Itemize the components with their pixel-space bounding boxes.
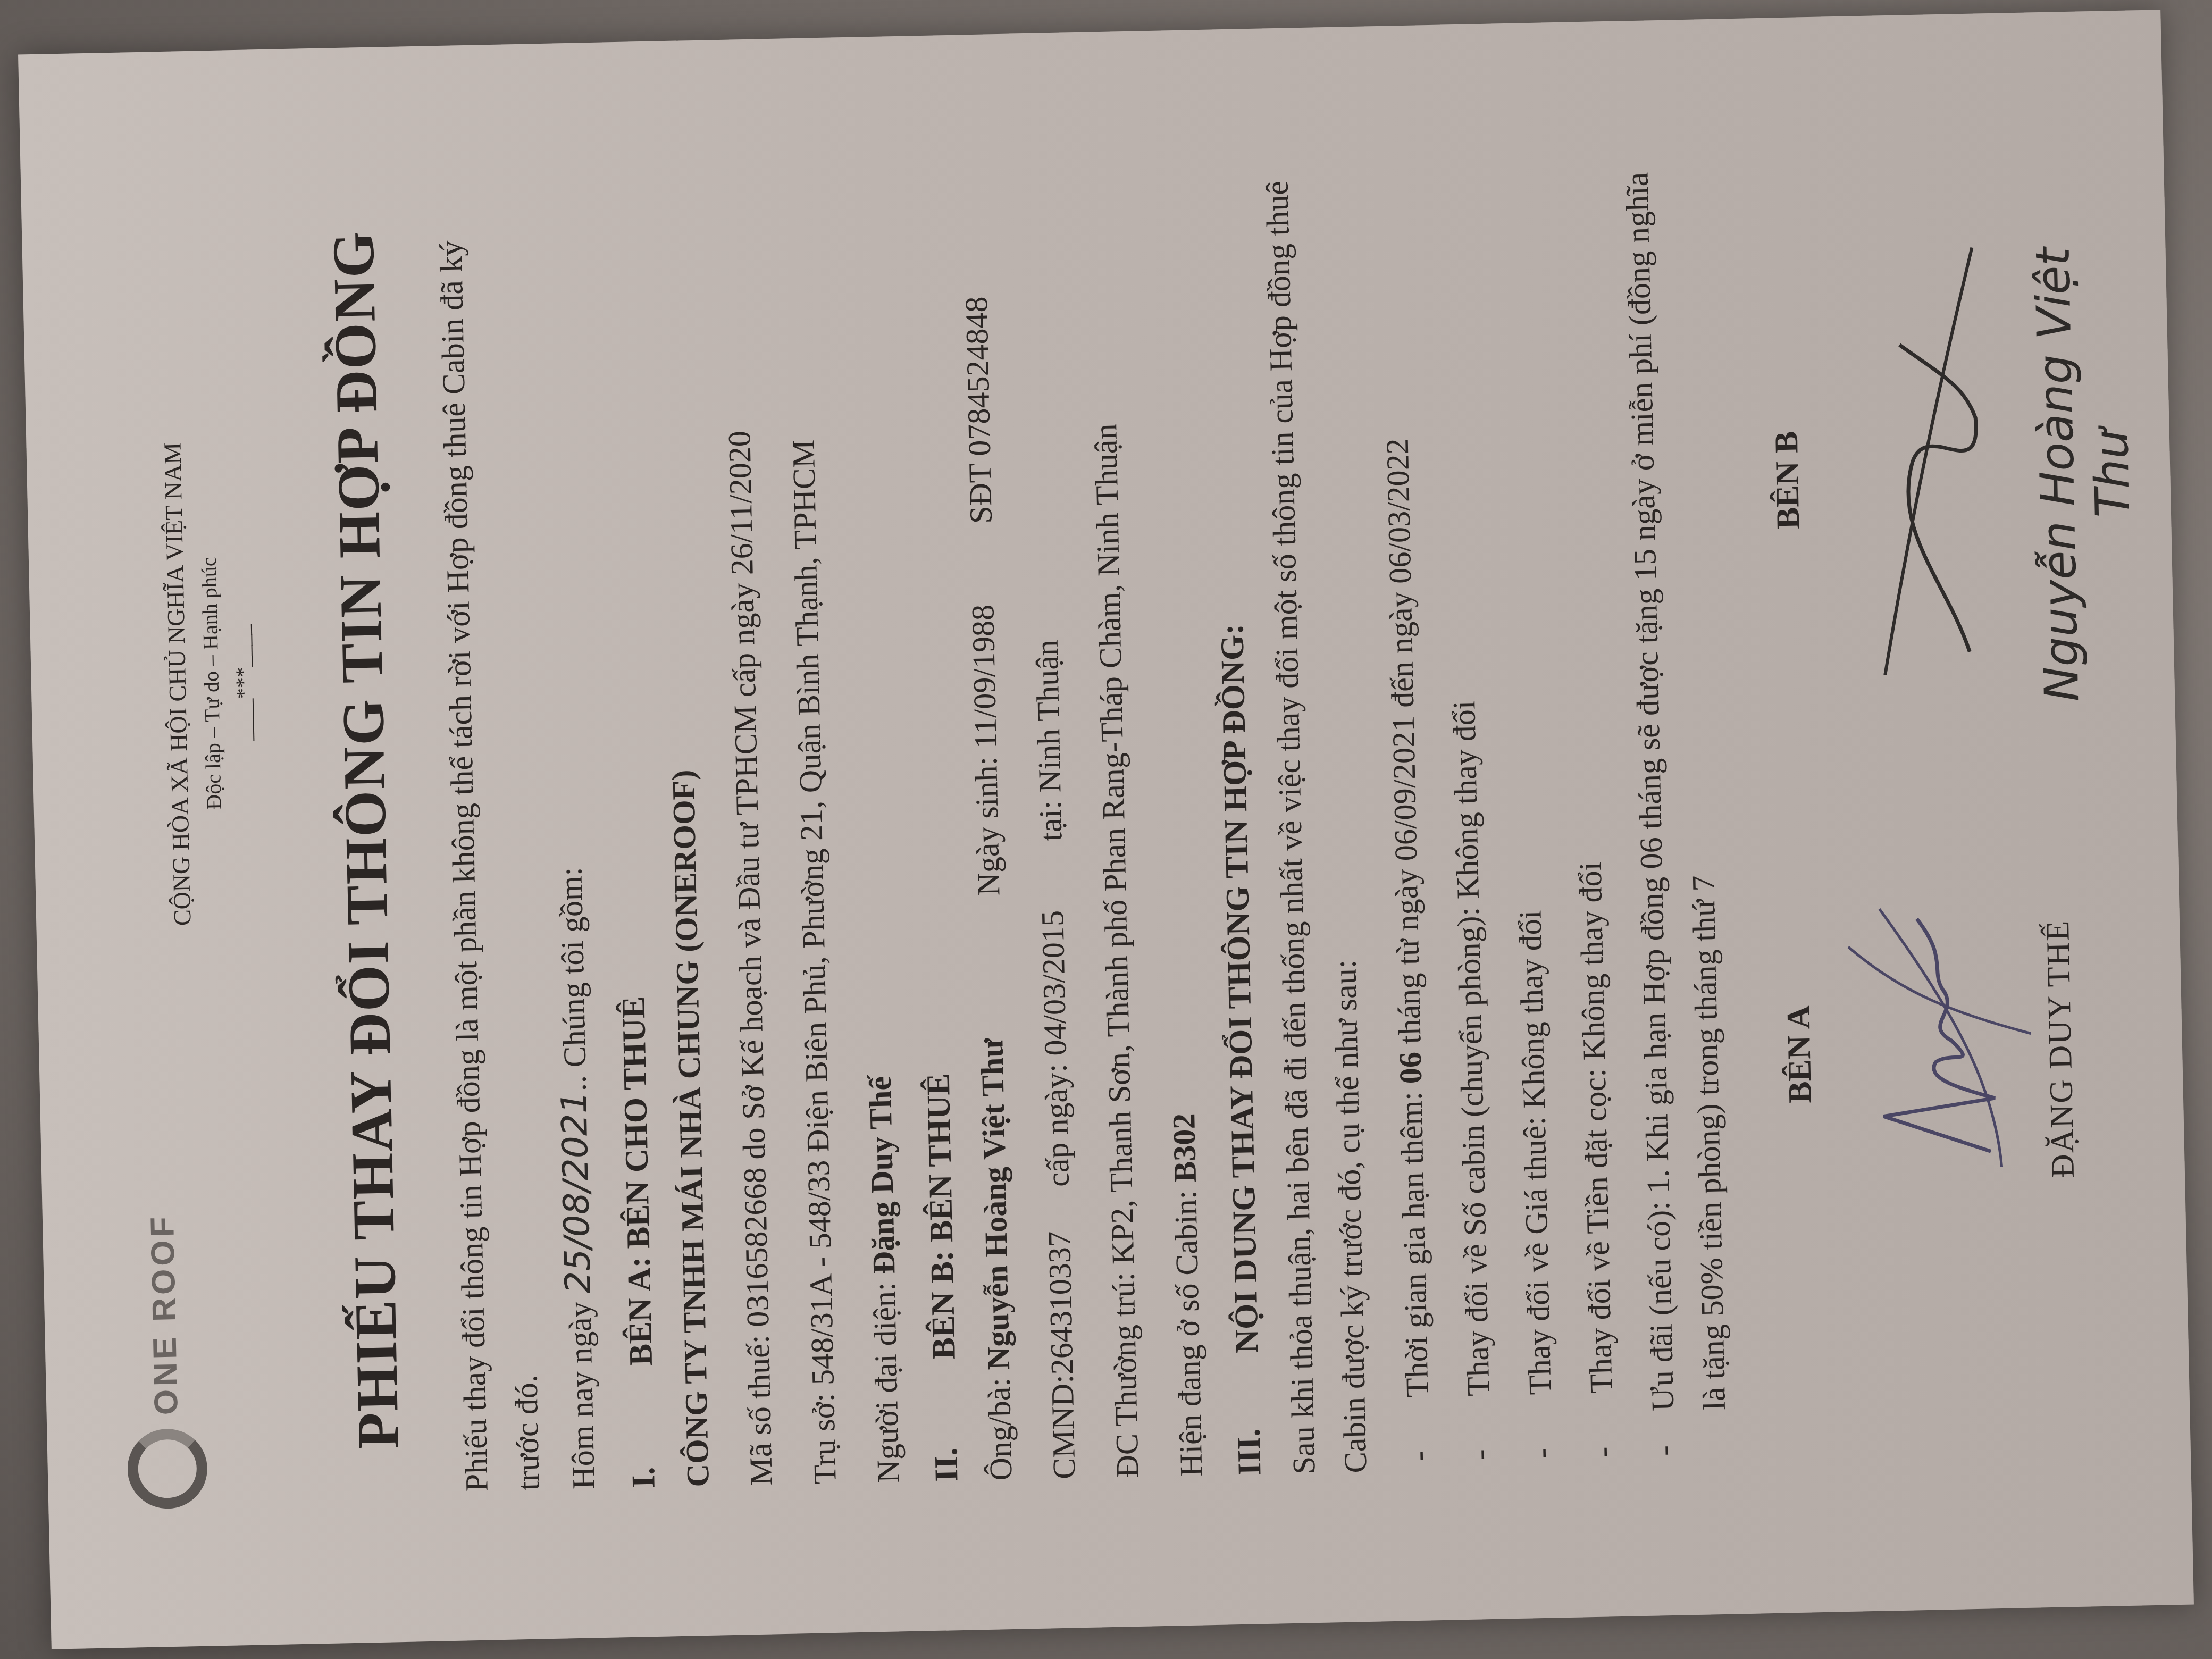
signature-party-a: BÊN A ĐẶNG DUY THẾ: [1776, 808, 2157, 1294]
section-number: III.: [1230, 1432, 1269, 1476]
document-title: PHIẾU THAY ĐỔI THÔNG TIN HỢP ĐỒNG: [318, 185, 414, 1494]
changes-intro: Sau khi thỏa thuận, hai bên đã đi đến th…: [1251, 165, 1382, 1475]
date-label: Hôm nay ngày: [563, 1301, 601, 1490]
cabin-number: B302: [1166, 1113, 1203, 1183]
change-item: -Ưu đãi (nếu có): 1. Khi gia hạn Hợp đồn…: [1611, 157, 1742, 1468]
party-b-name: Nguyễn Hoàng Việt Thư: [974, 1038, 1016, 1370]
party-b-dob: Ngày sinh: 11/09/1988: [956, 523, 1015, 896]
party-b-signature-icon: [1802, 236, 2035, 719]
rep-name: Đặng Duy Thế: [862, 1076, 901, 1275]
party-b-cabin: Hiện đang ở số Cabin: B302: [1138, 168, 1218, 1477]
signature-block: BÊN A ĐẶNG DUY THẾ BÊN B Nguyễn Hoàng Vi…: [1762, 148, 2160, 1464]
bullet-dash: -: [1392, 1397, 1445, 1472]
section-title: NỘI DUNG THAY ĐỔI THÔNG TIN HỢP ĐỒNG:: [1213, 624, 1267, 1354]
bullet-dash: -: [1453, 1396, 1506, 1471]
party-b-phone: SĐT 0784524848: [951, 296, 1007, 524]
contract-change-form-page: ONE ROOF CỘNG HÒA XÃ HỘI CHỦ NGHĨA VIỆT …: [18, 10, 2194, 1649]
signature-party-b: BÊN B Nguyễn Hoàng Việt Thư: [1764, 233, 2144, 719]
bullet-dash: -: [1576, 1393, 1629, 1469]
intro-suffix: .. Chúng tôi gồm:: [554, 867, 593, 1092]
change-item-text: Thời gian gia hạn thêm: 06 tháng từ ngày…: [1372, 438, 1444, 1398]
name-label: Ông/bà:: [982, 1377, 1019, 1481]
section-title: BÊN B: BÊN THUÊ: [920, 1073, 963, 1360]
bullet-dash: -: [1637, 1410, 1742, 1467]
change-item-text: Thay đổi về Số cabin (chuyển phòng): Khô…: [1438, 700, 1505, 1397]
oneroof-logo: ONE ROOF: [122, 1213, 208, 1510]
national-header: CỘNG HÒA XÃ HỘI CHỦ NGHĨA VIỆT NAM Độc l…: [148, 188, 270, 1179]
handwritten-date: 25/08/2021: [554, 1091, 599, 1294]
party-b-id-place: tại: Ninh Thuận: [1021, 639, 1077, 842]
party-b-id-date: cấp ngày: 04/03/2015: [1026, 841, 1085, 1187]
cabin-label: Hiện đang ở số Cabin:: [1168, 1190, 1209, 1477]
section-number: II.: [927, 1439, 966, 1482]
bullet-dash: -: [1514, 1394, 1568, 1470]
rep-label: Người đại diện:: [867, 1282, 906, 1484]
section-number: I.: [624, 1445, 663, 1488]
party-b-handwritten-name: Nguyễn Hoàng Việt Thư: [2025, 233, 2144, 714]
logo-ring-icon: [127, 1428, 208, 1510]
change-item-text: Thay đổi về Giá thuê: Không thay đổi: [1504, 910, 1566, 1395]
intro-text: Phiếu thay đổi thông tin Hợp đồng là một…: [433, 240, 546, 1492]
party-b-id: CMND:264310337: [1033, 1186, 1091, 1480]
section-title: BÊN A: BÊN CHO THUÊ: [615, 996, 661, 1366]
party-a-signature-icon: [1814, 810, 2047, 1293]
change-item-text: Thay đổi về Tiền đặt cọc: Không thay đổi: [1564, 861, 1627, 1394]
party-a-rep: Người đại diện: Đặng Duy Thế: [835, 174, 915, 1483]
intro-paragraph: Phiếu thay đổi thông tin Hợp đồng là một…: [424, 181, 611, 1492]
logo-text: ONE ROOF: [143, 1213, 185, 1415]
change-item-text: Ưu đãi (nếu có): 1. Khi gia hạn Hợp đồng…: [1611, 157, 1741, 1412]
changes-list: -Thời gian gia hạn thêm: 06 tháng từ ngà…: [1366, 157, 1741, 1472]
